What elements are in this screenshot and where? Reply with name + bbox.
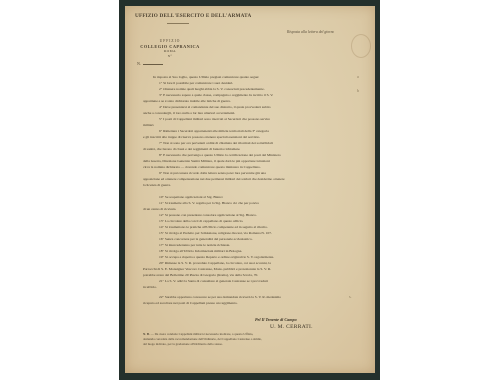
body-line: 16° Senza concorrere per la generalità d… [159,238,253,242]
nota-bene-line: del luogo indicato, per la gradazione al… [143,342,223,346]
protocol-number-blank [143,64,163,65]
body-line: circa la nomina dichiarata — dovendo com… [143,166,261,170]
body-line: appartiene e se è stato dichiarato inabi… [143,100,231,104]
body-line: militari. [143,124,154,128]
body-line: 1° Si fare il possibile per comunicare i… [159,82,233,86]
nota-bene-lead: N. B. [143,332,150,336]
body-line: della Guerra, Direzione Generale Sanità … [143,160,270,164]
body-line: 2° Ottenere notizie quali luoghi abbia l… [159,88,265,92]
nota-bene-line: — Da avere condotte Cappellani militari … [151,332,254,336]
signature-name: U. M. CERRATI. [270,324,313,330]
body-line: 3° E necessario sapere a quale classe, c… [159,94,273,98]
body-line: di un cenno di ricevuta. [143,208,176,212]
body-line: 7° Non si sono per ora pervenuti ordini … [159,142,273,146]
body-line: 4° Deve presentarsi al comandante del su… [159,106,271,110]
body-line: 20° Rimesse la S. V. R. proveduto Cappel… [159,262,271,266]
body-line: 11° Si trasmette alla S. V. regalia per … [159,202,259,206]
body-line: e gli inscritti alle truppe di riserva p… [143,136,260,140]
body-line: 15° Si rivolga al Prefetto per l'emissio… [159,232,272,236]
body-line: 8° E necessario che pervenga a questo Uf… [159,154,281,158]
header-office-name: UFFIZIO DELL'ESERCITO E DELL'ARMATA [135,13,251,19]
body-line: 9° Non si può tenere ricordo dalla lette… [159,172,266,176]
body-line: la licenza di guerra. [143,184,171,188]
body-line: 5° I posti di Cappellani militari sono r… [159,118,270,122]
body-line: 10° Se sospettano applicazioni al Sig. B… [159,196,223,200]
protocol-number-label: N. [137,61,141,66]
body-line: 12° Si possono con presentare consolare … [159,214,257,218]
margin-mark: b [357,88,359,93]
office-number-mark: N° [125,54,215,58]
body-line: 14° Si trasmettono le pratiche all'Uffic… [159,226,268,230]
body-line: di sanità, che furono di classi e dei re… [143,148,240,152]
header-rule [167,23,189,24]
body-line: In risposta al Suo foglio, questo Uffizi… [153,76,259,80]
body-line: 21° La S. V. adiri la Santa di consultar… [159,280,268,284]
body-line: 22° Sarebbe opportuno conoscere se per s… [159,296,281,300]
signature-title: Pel Il Tenente di Campo [255,317,297,322]
body-line: Parrocchi di S. E. Monsignor Vescovo Cas… [143,268,271,272]
body-line: in ufficio. [143,286,157,290]
protocol-number: N. [137,61,163,66]
document-paper: UFFIZIO DELL'ESERCITO E DELL'ARMATA Risp… [125,6,375,373]
office-label: UFFIZIO [125,39,215,43]
body-line: 17° Si intercederanno per tutte le notiz… [159,244,230,248]
body-line: apposizione ed ottenere compensazione ne… [143,178,285,182]
nota-bene-line: domanda corredata dalla raccomandazione … [143,337,262,341]
body-line: 6° Rimettere i Sacerdoti appartenenti al… [159,130,269,134]
faded-stamp [351,34,371,58]
body-line: anche a concedergli, il loro nulla a far… [143,112,235,116]
body-line: riceputo ed ascoltare nei posti di Cappe… [143,302,238,306]
nota-bene: N. B. — Da avere condotte Cappellani mil… [143,332,253,336]
body-line: 13° La circolare della con il dì cappell… [159,220,243,224]
header-reply-reference: Risposta alla lettera del giorno [287,30,334,34]
office-city: ROMA [125,49,215,53]
body-line: potrebbe avere dal Bollettino 20 Piazza … [143,274,258,278]
body-line: 18° Si rivolga all'Ufficio Informazioni … [159,250,242,254]
margin-mark: s. [349,294,352,299]
margin-mark: a [357,74,359,79]
body-line: 19° Si occupa e rispetta a questo Repart… [159,256,274,260]
